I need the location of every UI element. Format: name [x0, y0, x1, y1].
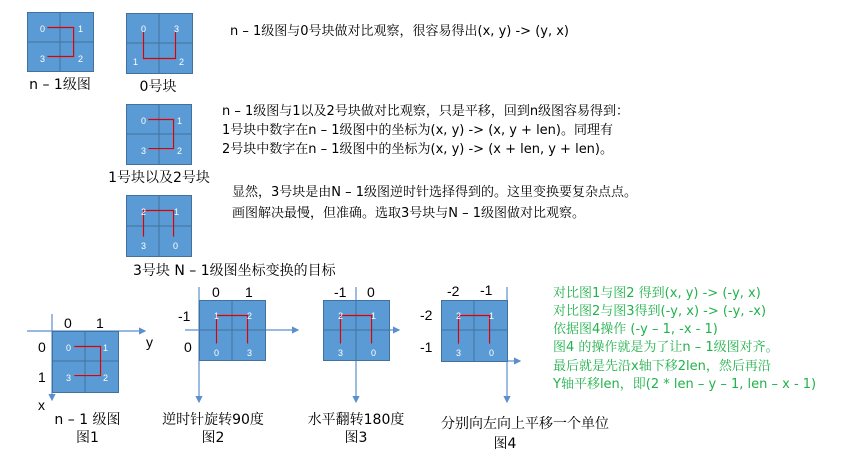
cell-label: 2 — [179, 54, 184, 70]
green-note-6: Y轴平移len，即(2 * len – y – 1, len – x - 1) — [553, 376, 816, 393]
cell-label: 3 — [174, 21, 179, 37]
note-block0: n – 1级图与0号块做对比观察，很容易得出(x, y) -> (y, x) — [230, 23, 569, 40]
block3-grid: 2 1 3 0 — [126, 195, 192, 257]
fig1-caption-line1: n – 1 级图 — [45, 412, 130, 429]
cell-label: 0 — [214, 345, 219, 361]
cell-label: 0 — [173, 238, 178, 254]
fig3-caption-line2: 图3 — [300, 430, 412, 447]
fig4-grid: 2 1 3 0 — [441, 300, 508, 362]
fig2-caption-line2: 图2 — [158, 430, 268, 447]
fig2-row-label: 0 — [184, 339, 192, 355]
fig1-caption-line2: 图1 — [45, 430, 130, 447]
cell-label: 2 — [338, 308, 343, 324]
cell-label: 3 — [66, 370, 71, 386]
cell-label: 1 — [371, 308, 376, 324]
fig3-grid: 2 1 3 0 — [323, 300, 390, 361]
block1-2-grid: 0 1 3 2 — [126, 104, 192, 165]
fig4-caption-line2: 图4 — [420, 436, 590, 453]
fig1-row-label: 1 — [38, 369, 46, 385]
cell-label: 0 — [66, 340, 71, 356]
fig2-col-label: 1 — [245, 284, 253, 300]
block1-2-caption: 1号块以及2号块 — [98, 170, 220, 187]
block0-caption: 0号块 — [118, 79, 198, 96]
n-minus-1-grid-caption: n – 1级图 — [20, 77, 100, 94]
fig2-grid: 1 2 0 3 — [199, 300, 266, 361]
fig1-grid: 0 1 3 2 — [52, 331, 119, 393]
block3-caption: 3号块 N – 1级图坐标变换的目标 — [133, 263, 336, 280]
cell-label: 3 — [141, 238, 146, 254]
green-note-3: 依据图4操作 (-y – 1, -x - 1) — [553, 321, 718, 338]
fig3-col-label: -1 — [334, 284, 346, 300]
cell-label: 0 — [489, 345, 494, 361]
cell-label: 2 — [103, 370, 108, 386]
cell-label: 3 — [40, 51, 45, 67]
fig4-col-label: -1 — [480, 282, 492, 298]
cell-label: 0 — [371, 345, 376, 361]
cell-label: 2 — [177, 143, 182, 159]
cell-label: 1 — [489, 308, 494, 324]
note-block3-line2: 画图解决最慢，但准确。选取3号块与N – 1级图做对比观察。 — [232, 205, 585, 222]
fig4-caption-line1: 分别向左向上平移一个单位 — [420, 416, 630, 433]
fig1-col-label: 0 — [64, 315, 72, 331]
fig2-row-label: -1 — [178, 308, 190, 324]
fig4-row-label: -2 — [420, 307, 432, 323]
cell-label: 1 — [177, 113, 182, 129]
fig2-caption-line1: 逆时针旋转90度 — [158, 412, 268, 429]
cell-label: 1 — [103, 340, 108, 356]
green-note-5: 最后就是先沿x轴下移2len，然后再沿 — [553, 358, 771, 375]
fig3-col-label: 0 — [367, 284, 375, 300]
fig2-col-label: 0 — [212, 284, 220, 300]
cell-label: 0 — [141, 113, 146, 129]
note-block12-line3: 2号块中数字在n – 1级图中的坐标为(x, y) -> (x + len, y… — [222, 141, 613, 158]
note-block3-line1: 显然，3号块是由N – 1级图逆时针选择得到的。这里变换要复杂点点。 — [232, 184, 637, 201]
cell-label: 1 — [174, 204, 179, 220]
cell-label: 1 — [133, 54, 138, 70]
cell-label: 2 — [141, 204, 146, 220]
green-note-1: 对比图1与图2 得到(x, y) -> (-y, x) — [553, 285, 761, 302]
n-minus-1-grid: 0 1 3 2 — [27, 12, 94, 72]
note-block12-line1: n – 1级图与1以及2号块做对比观察，只是平移，回到n级图容易得到： — [222, 103, 629, 120]
cell-label: 3 — [338, 345, 343, 361]
fig1-row-label: 0 — [38, 339, 46, 355]
green-note-2: 对比图2与图3得到(-y, x) -> (-y, -x) — [553, 303, 766, 320]
cell-label: 2 — [78, 51, 83, 67]
cell-label: 3 — [247, 345, 252, 361]
fig1-y-axis-label: y — [146, 334, 153, 350]
green-note-4: 图4 的操作就是为了让n – 1级图对齐。 — [553, 339, 779, 356]
fig1-col-label: 1 — [96, 315, 104, 331]
note-block12-line2: 1号块中数字在n – 1级图中的坐标为(x, y) -> (x, y + len… — [222, 122, 613, 139]
block0-grid: 0 3 1 2 — [126, 13, 193, 74]
cell-label: 3 — [141, 143, 146, 159]
fig4-col-label: -2 — [447, 283, 459, 299]
cell-label: 2 — [247, 308, 252, 324]
cell-label: 2 — [456, 308, 461, 324]
cell-label: 0 — [40, 21, 45, 37]
cell-label: 3 — [456, 345, 461, 361]
cell-label: 1 — [214, 308, 219, 324]
cell-label: 0 — [141, 21, 146, 37]
fig1-x-axis-label: x — [38, 397, 45, 413]
fig3-caption-line1: 水平翻转180度 — [300, 412, 412, 429]
cell-label: 1 — [78, 21, 83, 37]
fig4-row-label: -1 — [420, 339, 432, 355]
